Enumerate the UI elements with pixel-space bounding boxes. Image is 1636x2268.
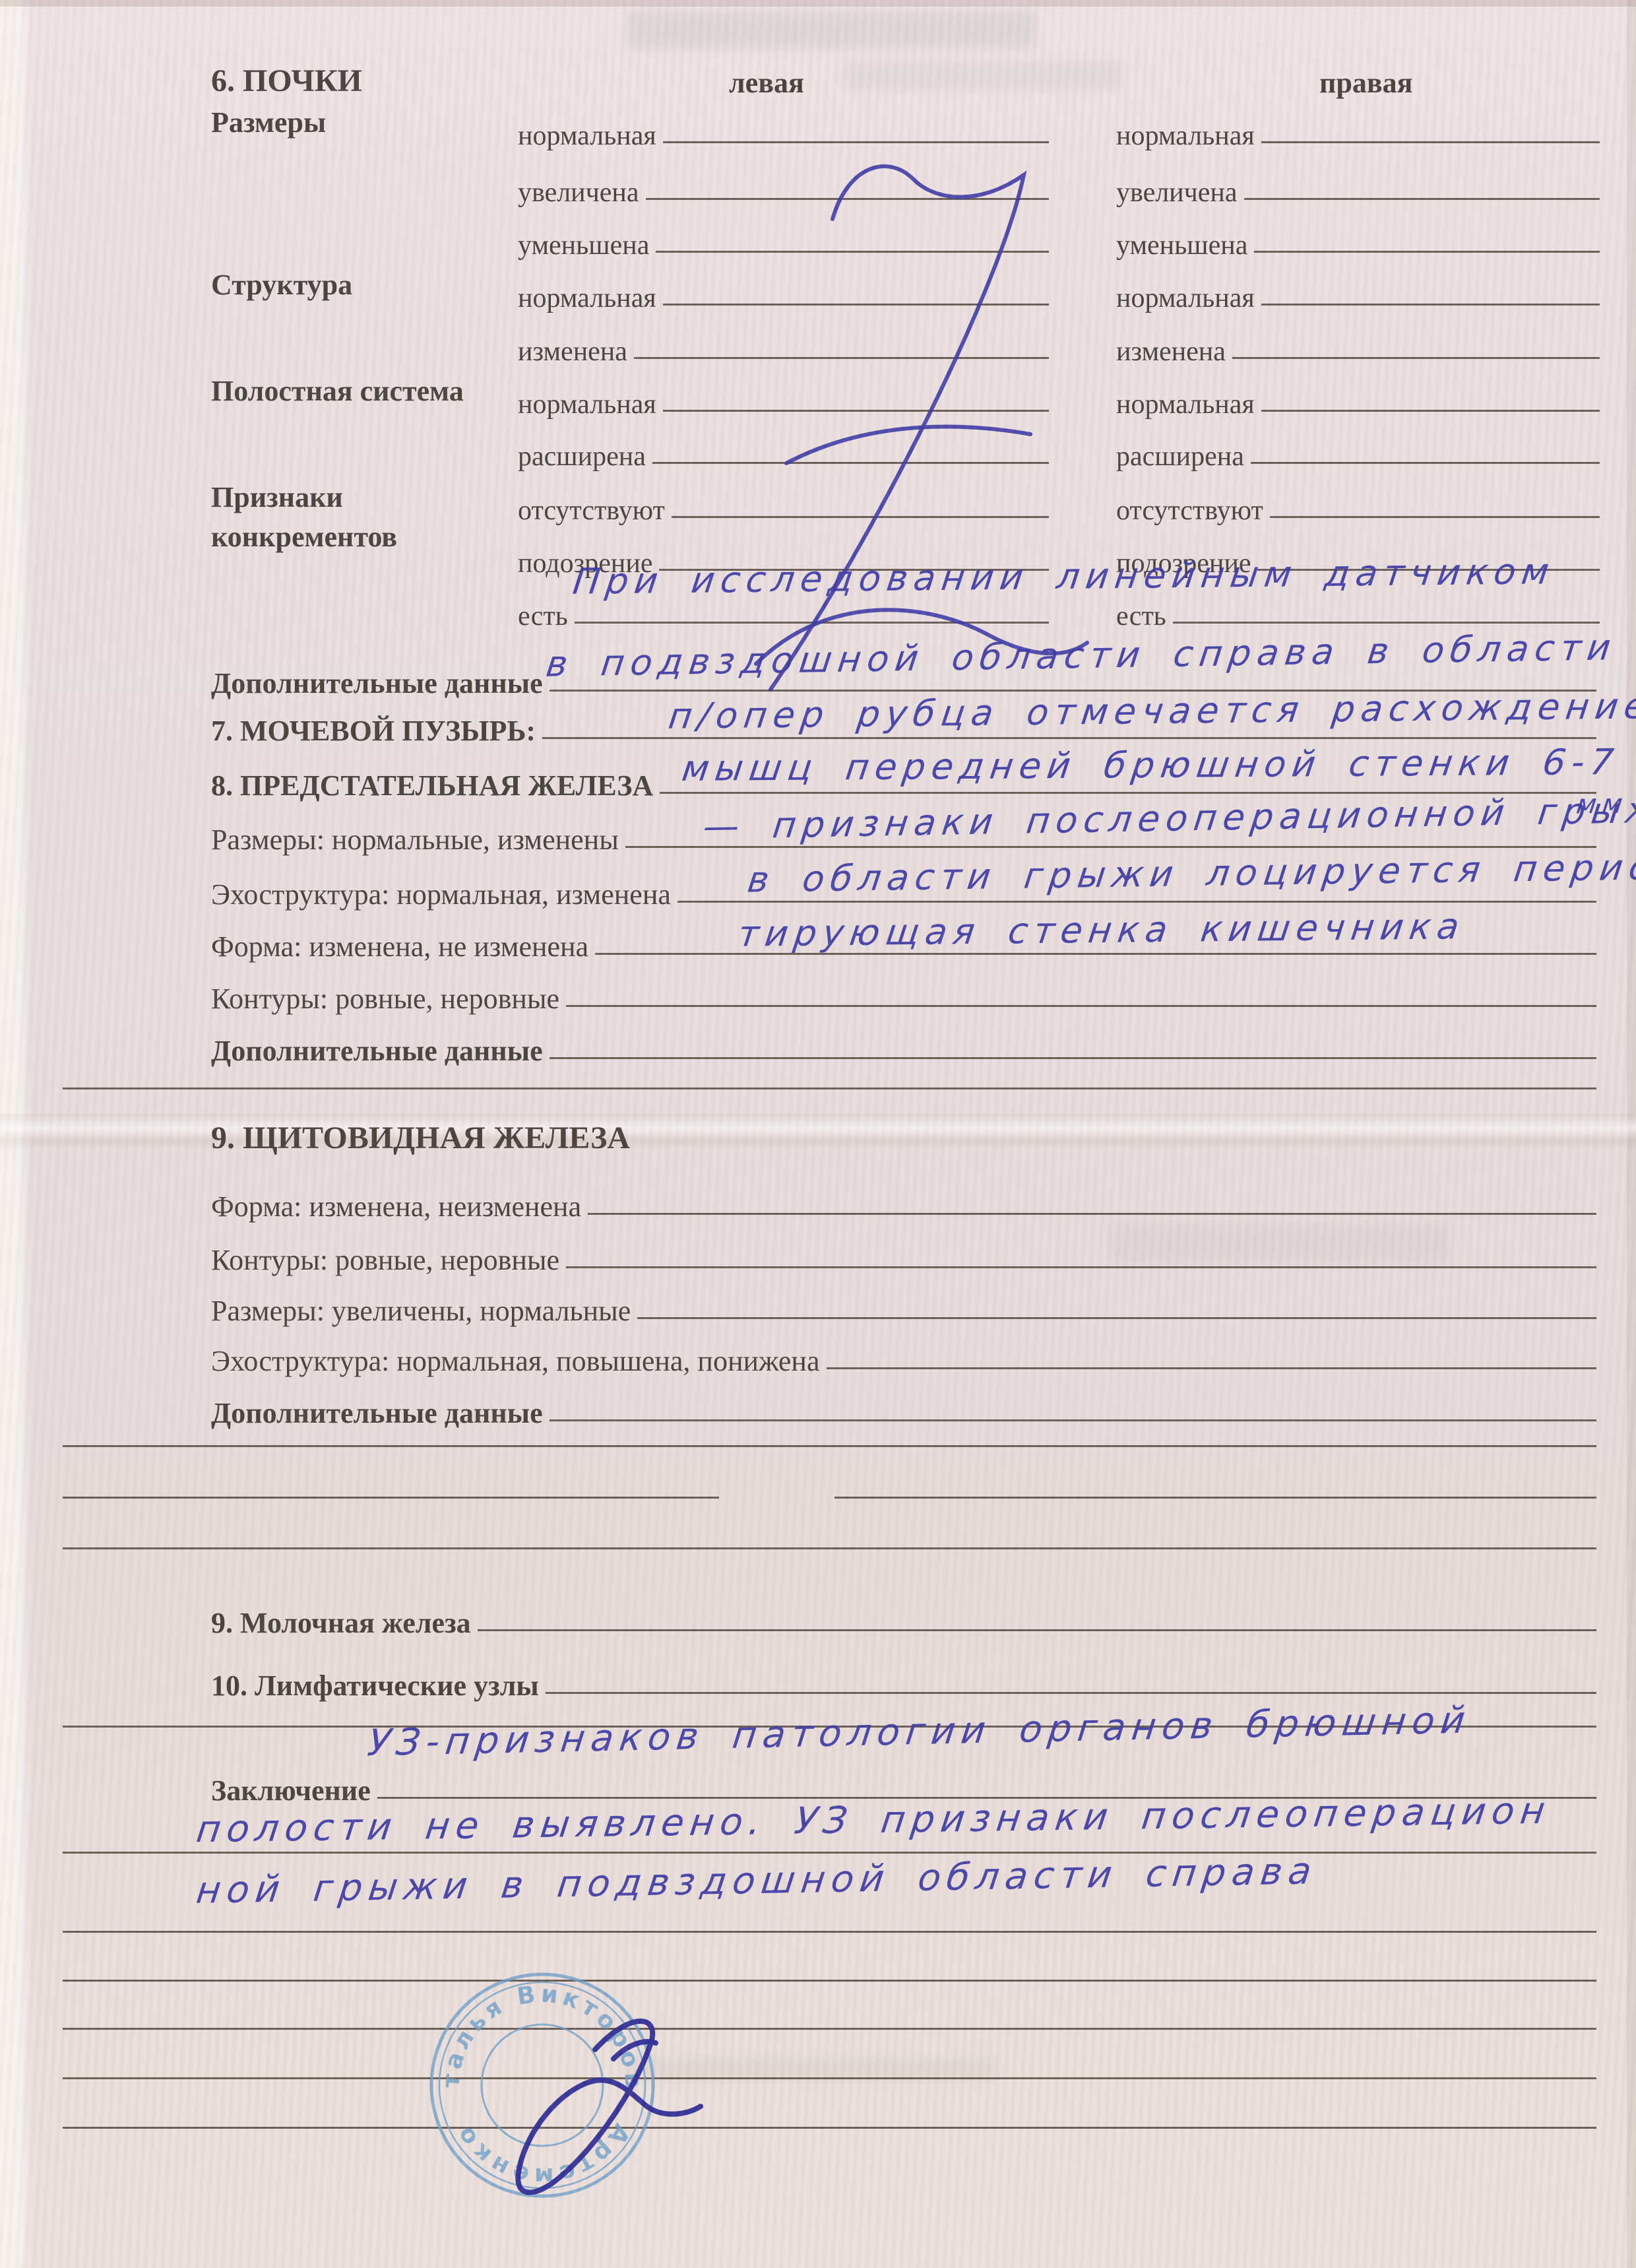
handwritten-text: ной грыжи в подвздошной области справа [194, 1850, 1319, 1912]
prostate-contours-label: Контуры: ровные, неровные [211, 985, 559, 1014]
blank-line [1261, 141, 1600, 143]
additional-data-label: Дополнительные данные [211, 1037, 543, 1066]
form-field-row: изменена [518, 318, 1049, 359]
section-thyroid-title: 9. ЩИТОВИДНАЯ ЖЕЛЕЗА [211, 1120, 630, 1156]
blank-line [1251, 462, 1600, 464]
blank-line [542, 737, 1596, 739]
section-breast-title: 9. Молочная железа [211, 1609, 471, 1638]
form-field-row: изменена [1116, 318, 1600, 359]
blank-line [672, 516, 1049, 518]
blank-line [575, 622, 1049, 624]
form-field-row: нормальная [518, 102, 1049, 143]
form-field-row: нормальная [1116, 265, 1600, 306]
option-label: увеличена [1116, 179, 1238, 207]
prostate-shape-label: Форма: изменена, не изменена [211, 932, 588, 961]
option-label: нормальная [518, 391, 656, 418]
form-field-row: нормальная [518, 371, 1049, 412]
handwritten-text: УЗ-признаков патологии органов брюшной [365, 1699, 1474, 1765]
blank-line [63, 1931, 1596, 1933]
blank-line [834, 1497, 1596, 1499]
blank-line [63, 1852, 1596, 1854]
blank-line [663, 141, 1049, 143]
stamp-outer-ring [431, 1974, 653, 2196]
bleed-through-mark [844, 61, 1121, 90]
handwritten-text: тирующая стенка кишечника [736, 905, 1468, 955]
form-field-row: нормальная [518, 265, 1049, 306]
option-label: расширена [518, 443, 646, 470]
blank-line [1232, 357, 1600, 359]
doctor-stamp: Наталья Викторовна Артеменко [431, 1974, 653, 2196]
option-label: есть [518, 602, 568, 630]
section-lymph-title: 10. Лимфатические узлы [211, 1671, 539, 1701]
kidney-row-label-structure: Структура [211, 268, 352, 302]
blank-line [63, 1087, 1596, 1089]
form-field-row: нормальная [1116, 102, 1600, 143]
blank-line [63, 2077, 1596, 2079]
conclusion-label: Заключение [211, 1776, 371, 1805]
blank-line [1244, 198, 1600, 200]
blank-line [663, 410, 1049, 412]
stamp-middle-ring [439, 1982, 645, 2188]
blank-line [566, 1266, 1596, 1268]
thyroid-sizes-label: Размеры: увеличены, нормальные [211, 1297, 631, 1326]
blank-line [1261, 304, 1600, 306]
option-label: увеличена [518, 179, 639, 207]
blank-line [63, 2127, 1596, 2129]
prostate-echo-label: Эхоструктура: нормальная, изменена [211, 880, 671, 909]
handwritten-text: мышц передней брюшной стенки 6-7 [679, 741, 1621, 789]
signature-stroke [613, 2042, 656, 2059]
blank-line [550, 1419, 1596, 1421]
form-field-row: отсутствуют [1116, 477, 1600, 518]
form-field-row: Размеры: увеличены, нормальные [211, 1278, 1596, 1319]
form-field-row: расширена [1116, 423, 1600, 464]
blank-line [566, 1005, 1596, 1007]
blank-line [652, 462, 1049, 464]
blank-line [637, 1317, 1596, 1319]
blank-line [63, 1497, 719, 1499]
option-label: нормальная [518, 284, 656, 312]
thyroid-shape-label: Форма: изменена, неизменена [211, 1192, 581, 1221]
scanned-ultrasound-form: 6. ПОЧКИ левая правая Размеры Структура … [0, 0, 1636, 2268]
form-field-row: 10. Лимфатические узлы [211, 1653, 1596, 1694]
blank-line [588, 1213, 1596, 1215]
section-kidneys-title: 6. ПОЧКИ [211, 63, 362, 99]
blank-line [63, 2028, 1596, 2030]
additional-data-label: Дополнительные данные [211, 669, 543, 698]
thyroid-contours-label: Контуры: ровные, неровные [211, 1246, 559, 1275]
option-label: нормальная [1116, 284, 1255, 312]
option-label: изменена [1116, 338, 1226, 366]
section-bladder-title: 7. МОЧЕВОЙ ПУЗЫРЬ: [211, 717, 536, 746]
form-field-row: 9. Молочная железа [211, 1590, 1596, 1631]
form-field-row: Эхоструктура: нормальная, повышена, пони… [211, 1328, 1596, 1369]
form-field-row: увеличена [518, 159, 1049, 200]
scan-edge [0, 0, 1636, 7]
blank-line [1261, 410, 1600, 412]
option-label: отсутствуют [518, 497, 665, 525]
blank-line [656, 251, 1049, 253]
stamp-surname-text: Артеменко [449, 2119, 635, 2189]
blank-line [677, 901, 1596, 903]
option-label: нормальная [1116, 391, 1255, 418]
blank-line [1270, 516, 1600, 518]
form-field-row: Контуры: ровные, неровные [211, 966, 1596, 1007]
blank-line [63, 1547, 1596, 1549]
blank-line [63, 1445, 1596, 1447]
bleed-through-mark [627, 11, 1036, 49]
form-field-row: Контуры: ровные, неровные [211, 1227, 1596, 1268]
option-label: отсутствуют [1116, 497, 1263, 525]
kidney-row-label-concrements: Признаки [211, 480, 343, 514]
kidney-row-label-cavity: Полостная система [211, 374, 464, 408]
blank-line [634, 357, 1049, 359]
blank-line [625, 846, 1596, 848]
option-label: изменена [518, 338, 627, 366]
blank-line [63, 1980, 1596, 1982]
form-field-row: Форма: изменена, неизменена [211, 1174, 1596, 1215]
kidney-column-left-header: левая [729, 66, 804, 100]
kidney-row-label-sizes: Размеры [211, 106, 326, 139]
form-field-row: уменьшена [518, 212, 1049, 253]
form-field-row: отсутствуют [518, 477, 1049, 518]
form-field-row: расширена [518, 423, 1049, 464]
option-label: уменьшена [518, 232, 649, 259]
option-label: расширена [1116, 443, 1244, 470]
option-label: уменьшена [1116, 232, 1247, 259]
option-label: есть [1116, 602, 1166, 630]
form-field-row: Дополнительные данные [211, 1380, 1596, 1421]
kidney-row-label-concrements2: конкрементов [211, 520, 397, 554]
blank-line [1254, 251, 1600, 253]
signature [518, 2021, 701, 2192]
section-prostate-title: 8. ПРЕДСТАТЕЛЬНАЯ ЖЕЛЕЗА [211, 771, 653, 800]
option-label: нормальная [1116, 122, 1255, 150]
blank-line [478, 1629, 1596, 1631]
prostate-sizes-label: Размеры: нормальные, изменены [211, 826, 619, 855]
form-field-row: увеличена [1116, 159, 1600, 200]
form-field-row: нормальная [1116, 371, 1600, 412]
blank-line [663, 304, 1049, 306]
blank-line [646, 198, 1049, 200]
form-field-row: Дополнительные данные [211, 1018, 1596, 1059]
option-label: нормальная [518, 122, 656, 150]
blank-line [1173, 622, 1600, 624]
form-field-row: уменьшена [1116, 212, 1600, 253]
blank-line [550, 1057, 1596, 1059]
stamp-name-text: Наталья Викторовна [437, 1980, 646, 2092]
kidney-column-right-header: правая [1319, 66, 1412, 100]
blank-line [546, 1692, 1596, 1694]
blank-line [827, 1367, 1597, 1369]
thyroid-echo-label: Эхоструктура: нормальная, повышена, пони… [211, 1347, 820, 1376]
additional-data-label: Дополнительные данные [211, 1399, 543, 1428]
